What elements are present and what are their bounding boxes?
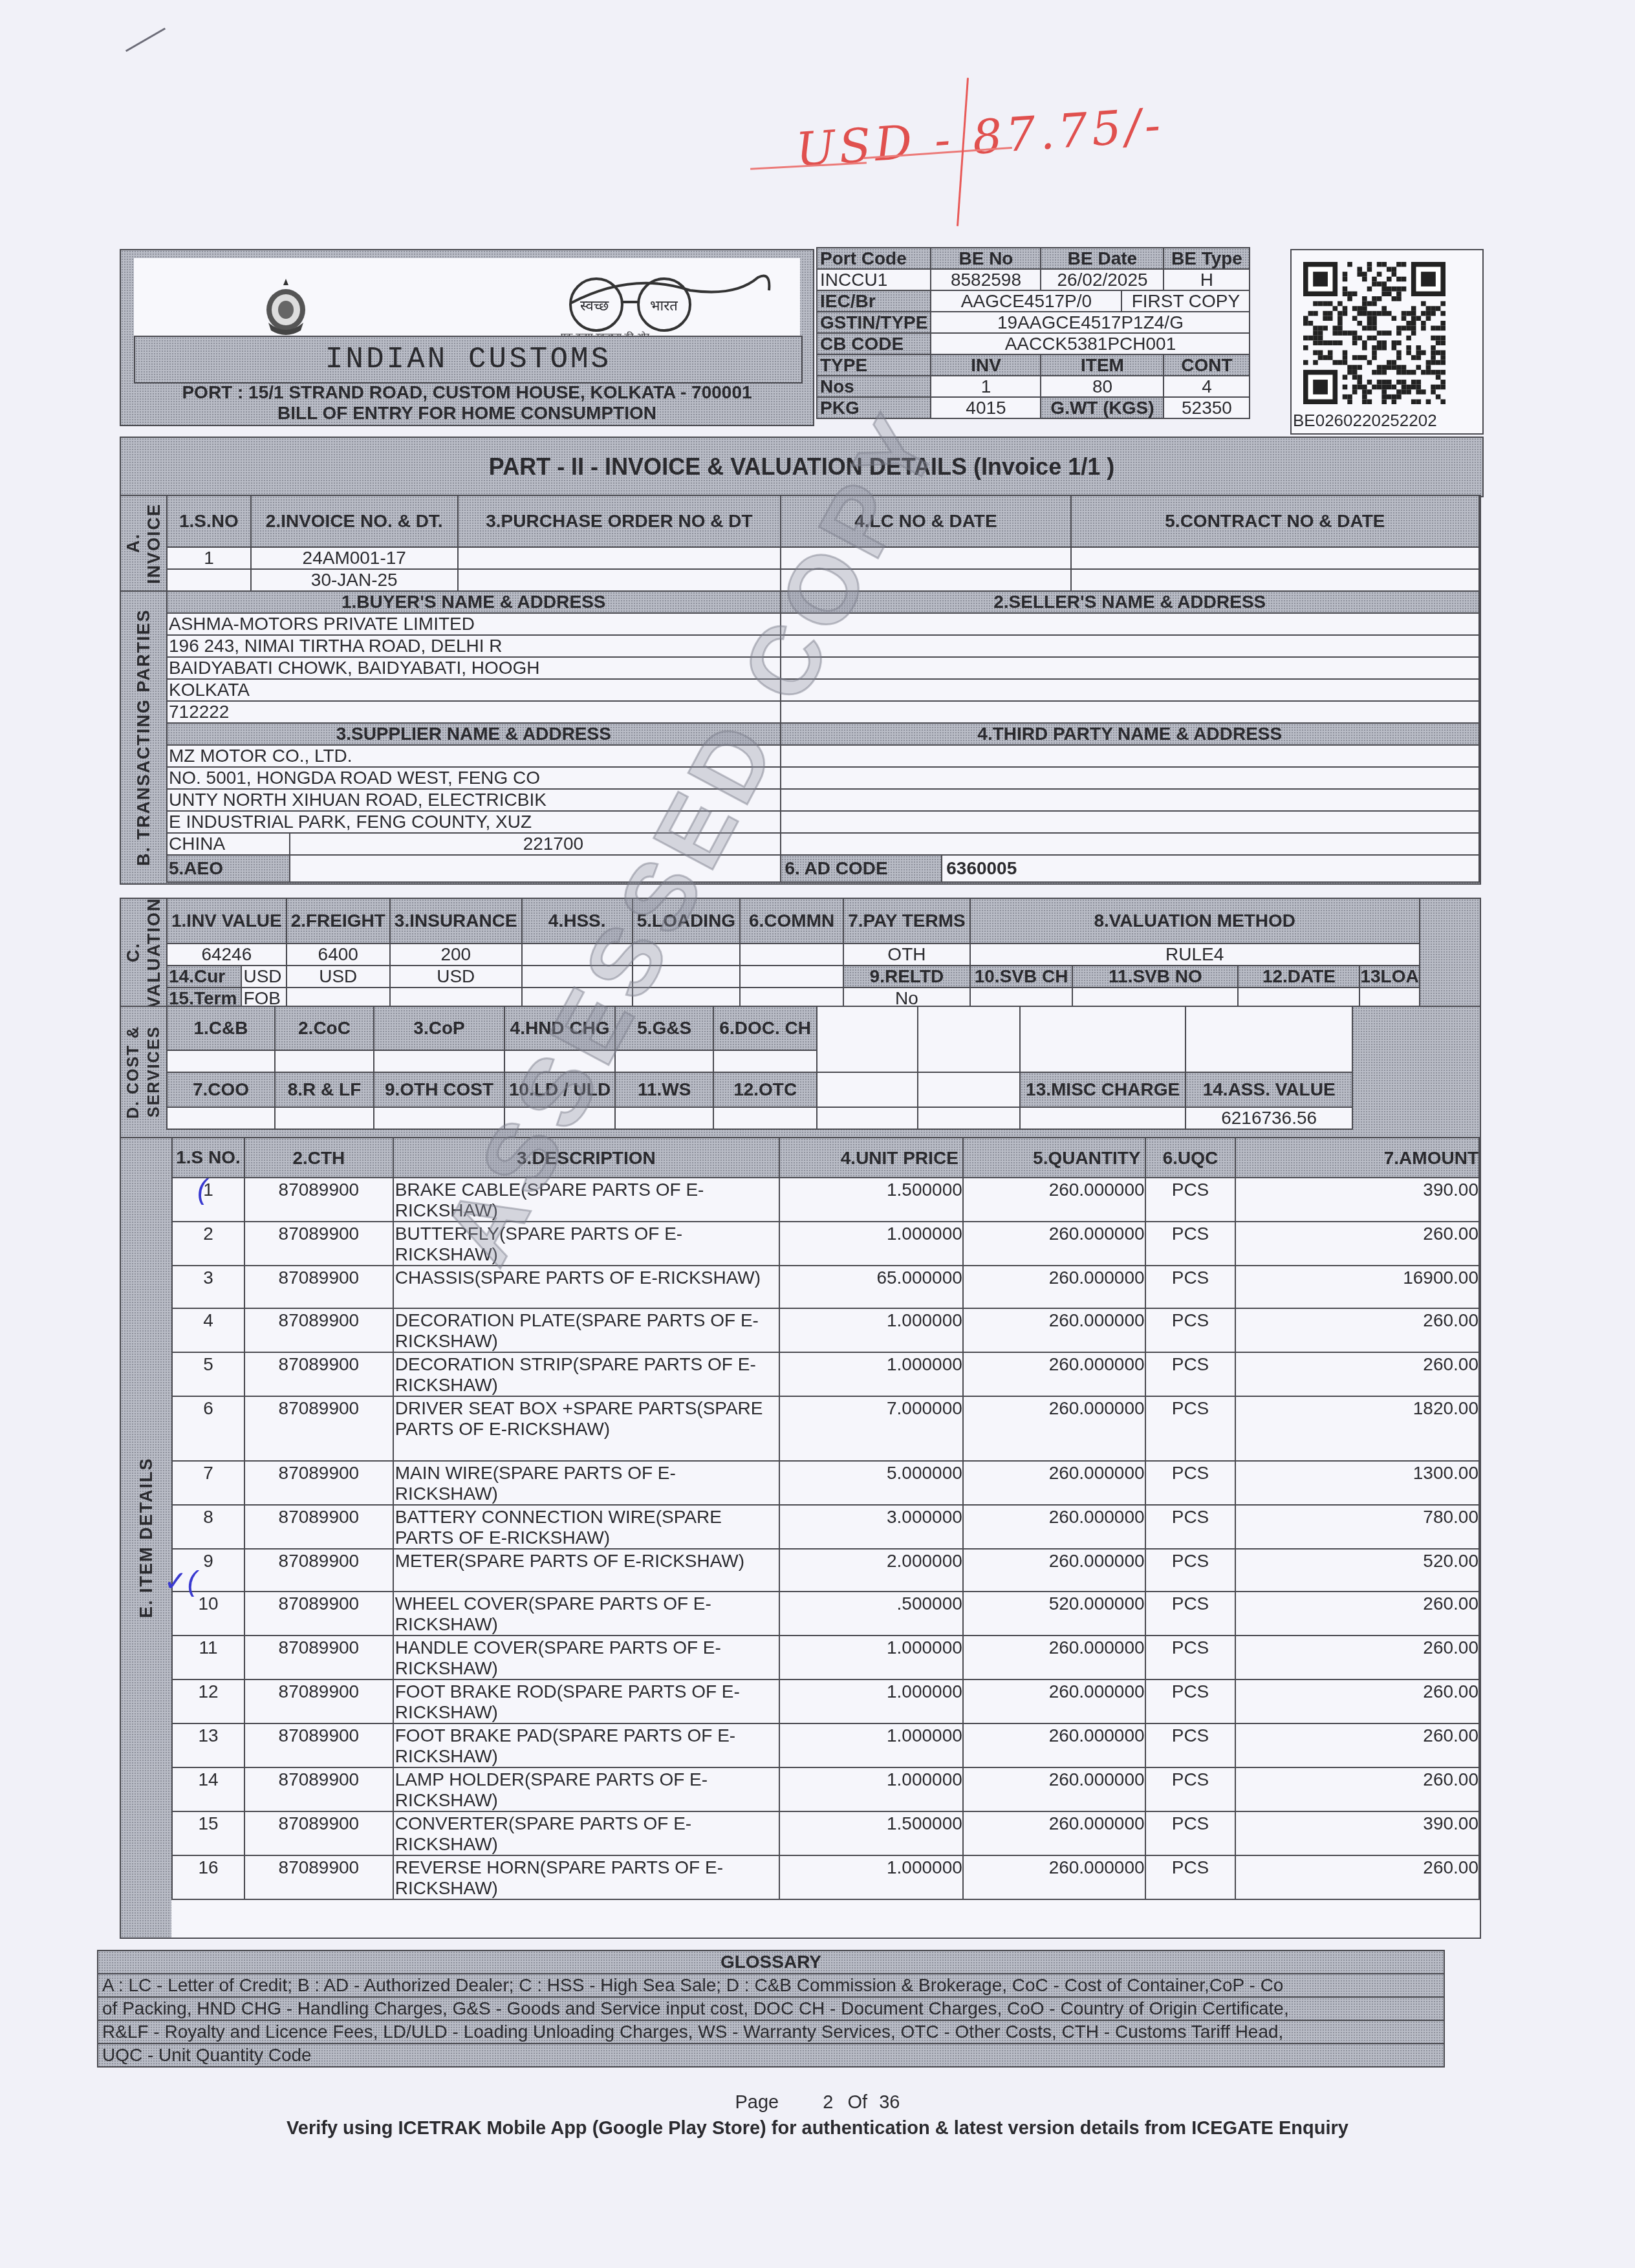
item-uqc: PCS — [1145, 1222, 1236, 1266]
item-description: DRIVER SEAT BOX +SPARE PARTS(SPARE PARTS… — [393, 1396, 779, 1461]
item-amount: 520.00 — [1235, 1549, 1479, 1592]
pkg-value: 4015 — [931, 397, 1041, 418]
item-description: FOOT BRAKE PAD(SPARE PARTS OF E-RICKSHAW… — [393, 1723, 779, 1767]
valuation-method-label: 8.VALUATION METHOD — [970, 898, 1420, 944]
copy-type: FIRST COPY — [1121, 290, 1250, 312]
hss-label: 4.HSS. — [522, 898, 633, 944]
page-of: Of — [848, 2092, 868, 2113]
glossary-line: UQC - Unit Quantity Code — [98, 2044, 1444, 2066]
items-table: 1.S NO. 2.CTH 3.DESCRIPTION 4.UNIT PRICE… — [171, 1137, 1480, 1900]
misc-charge-label: 13.MISC CHARGE — [1020, 1072, 1186, 1107]
insurance-label: 3.INSURANCE — [390, 898, 522, 944]
item-quantity: 260.000000 — [963, 1505, 1145, 1549]
item-amount: 260.00 — [1235, 1723, 1479, 1767]
supplier-line: MZ MOTOR CO., LTD. — [167, 745, 781, 767]
item-description: FOOT BRAKE ROD(SPARE PARTS OF E-RICKSHAW… — [393, 1679, 779, 1723]
item-amount: 260.00 — [1235, 1308, 1479, 1352]
table-row: 387089900CHASSIS(SPARE PARTS OF E-RICKSH… — [172, 1266, 1479, 1308]
coo-label: 7.COO — [167, 1072, 275, 1107]
cb-code-value: AACCK5381PCH001 — [931, 333, 1250, 354]
ass-value-label: 14.ASS. VALUE — [1186, 1072, 1352, 1107]
port-code-value: INCCU1 — [817, 269, 931, 290]
item-uqc: PCS — [1145, 1855, 1236, 1899]
port-code-label: Port Code — [817, 248, 931, 269]
item-description: WHEEL COVER(SPARE PARTS OF E-RICKSHAW) — [393, 1592, 779, 1636]
col-cth: 2.CTH — [244, 1138, 393, 1178]
valuation-section: C. VALUATION 1.INV VALUE 2.FREIGHT 3.INS… — [120, 898, 1481, 1008]
date-label: 12.DATE — [1238, 966, 1359, 988]
be-info-table: Port Code BE No BE Date BE Type INCCU1 8… — [816, 247, 1250, 419]
freight-value: 6400 — [287, 944, 390, 966]
item-unit-price: 1.000000 — [779, 1308, 963, 1352]
item-cth: 87089900 — [244, 1222, 393, 1266]
supplier-line: NO. 5001, HONGDA ROAD WEST, FENG CO — [167, 767, 781, 789]
item-description: DECORATION STRIP(SPARE PARTS OF E-RICKSH… — [393, 1352, 779, 1396]
item-quantity: 260.000000 — [963, 1723, 1145, 1767]
item-cth: 87089900 — [244, 1549, 393, 1592]
item-uqc: PCS — [1145, 1396, 1236, 1461]
page-total: 36 — [879, 2092, 900, 2113]
cb-label: 1.C&B — [167, 1006, 275, 1050]
table-row: 1587089900CONVERTER(SPARE PARTS OF E-RIC… — [172, 1811, 1479, 1855]
col-lc-no: 4.LC NO & DATE — [781, 495, 1071, 547]
iec-value: AAGCE4517P/0 — [931, 290, 1121, 312]
valuation-method-value: RULE4 — [970, 944, 1420, 966]
table-row: 1287089900FOOT BRAKE ROD(SPARE PARTS OF … — [172, 1679, 1479, 1723]
pkg-label: PKG — [817, 397, 931, 418]
item-unit-price: 1.000000 — [779, 1767, 963, 1811]
gs-label: 5.G&S — [615, 1006, 713, 1050]
ws-label: 11.WS — [615, 1072, 713, 1107]
item-cth: 87089900 — [244, 1811, 393, 1855]
glossary-line: A : LC - Letter of Credit; B : AD - Auth… — [98, 1974, 1444, 1998]
item-sno: 10 — [172, 1592, 244, 1636]
cost-services-section: D. COST & SERVICES 1.C&B 2.CoC 3.CoP 4.H… — [120, 1006, 1481, 1138]
nos-cont: 4 — [1164, 376, 1250, 397]
nos-inv: 1 — [931, 376, 1041, 397]
col-sno: 1.S.NO — [167, 495, 251, 547]
item-uqc: PCS — [1145, 1178, 1236, 1222]
item-amount: 1820.00 — [1235, 1396, 1479, 1461]
hnd-chg-label: 4.HND CHG — [504, 1006, 615, 1050]
seller-label: 2.SELLER'S NAME & ADDRESS — [781, 591, 1480, 613]
cb-code-label: CB CODE — [817, 333, 931, 354]
svb-no-label: 11.SVB NO — [1072, 966, 1238, 988]
item-quantity: 260.000000 — [963, 1811, 1145, 1855]
otc-label: 12.OTC — [713, 1072, 817, 1107]
coc-label: 2.CoC — [275, 1006, 374, 1050]
invoice-table: 1.S.NO 2.INVOICE NO. & DT. 3.PURCHASE OR… — [166, 495, 1480, 592]
item-uqc: PCS — [1145, 1461, 1236, 1505]
item-amount: 260.00 — [1235, 1636, 1479, 1679]
cur-label: 14.Cur — [167, 966, 241, 988]
item-uqc: PCS — [1145, 1505, 1236, 1549]
item-sno: 6 — [172, 1396, 244, 1461]
loa-label: 13LOA — [1359, 966, 1419, 988]
item-unit-price: 3.000000 — [779, 1505, 963, 1549]
item-unit-price: 1.500000 — [779, 1178, 963, 1222]
page-indicator: Page 2 Of 36 — [0, 2092, 1635, 2113]
swachh-text: स्वच्छ — [580, 296, 609, 315]
item-cth: 87089900 — [244, 1396, 393, 1461]
parties-table: 1.BUYER'S NAME & ADDRESS 2.SELLER'S NAME… — [166, 590, 1480, 883]
commn-label: 6.COMMN — [740, 898, 843, 944]
ad-code-value: 6360005 — [942, 855, 1479, 882]
item-cth: 87089900 — [244, 1352, 393, 1396]
item-quantity: 520.000000 — [963, 1592, 1145, 1636]
item-sno: 16 — [172, 1855, 244, 1899]
transacting-parties-section: B. TRANSACTING PARTIES 1.BUYER'S NAME & … — [120, 590, 1481, 885]
title-band: INDIAN CUSTOMS — [134, 336, 803, 383]
item-description: METER(SPARE PARTS OF E-RICKSHAW) — [393, 1549, 779, 1592]
item-cth: 87089900 — [244, 1679, 393, 1723]
item-description: BUTTERFLY(SPARE PARTS OF E-RICKSHAW) — [393, 1222, 779, 1266]
doc-ch-label: 6.DOC. CH — [713, 1006, 817, 1050]
table-row: 1487089900LAMP HOLDER(SPARE PARTS OF E-R… — [172, 1767, 1479, 1811]
col-po-no: 3.PURCHASE ORDER NO & DT — [458, 495, 781, 547]
item-description: BRAKE CABLE(SPARE PARTS OF E-RICKSHAW) — [393, 1178, 779, 1222]
table-row: 887089900BATTERY CONNECTION WIRE(SPARE P… — [172, 1505, 1479, 1549]
freight-cur: USD — [287, 966, 390, 988]
col-quantity: 5.QUANTITY — [963, 1138, 1145, 1178]
item-unit-price: 1.000000 — [779, 1679, 963, 1723]
valuation-table: 1.INV VALUE 2.FREIGHT 3.INSURANCE 4.HSS.… — [166, 898, 1420, 1010]
item-uqc: PCS — [1145, 1266, 1236, 1308]
item-unit-price: 1.000000 — [779, 1723, 963, 1767]
item-quantity: 260.000000 — [963, 1767, 1145, 1811]
bharat-text: भारत — [650, 296, 678, 315]
item-cth: 87089900 — [244, 1592, 393, 1636]
pen-tick-mark: ( — [197, 1174, 207, 1206]
customs-header: स्वच्छ भारत एक कदम स्वच्छता की ओर INDIAN… — [120, 249, 814, 426]
pay-terms-label: 7.PAY TERMS — [843, 898, 970, 944]
page-label: Page — [735, 2092, 779, 2113]
buyer-line: 712222 — [167, 701, 781, 723]
item-unit-price: 1.500000 — [779, 1811, 963, 1855]
be-no-label: BE No — [931, 248, 1041, 269]
table-row: 987089900METER(SPARE PARTS OF E-RICKSHAW… — [172, 1549, 1479, 1592]
invoice-sno: 1 — [167, 547, 251, 569]
col-uqc: 6.UQC — [1145, 1138, 1236, 1178]
table-row: 587089900DECORATION STRIP(SPARE PARTS OF… — [172, 1352, 1479, 1396]
item-amount: 260.00 — [1235, 1855, 1479, 1899]
ass-value: 6216736.56 — [1186, 1107, 1352, 1129]
reltd-label: 9.RELTD — [843, 966, 970, 988]
item-uqc: PCS — [1145, 1308, 1236, 1352]
qr-code-icon — [1303, 262, 1446, 404]
item-sno: 11 — [172, 1636, 244, 1679]
item-quantity: 260.000000 — [963, 1636, 1145, 1679]
col-sno: 1.S NO. — [172, 1138, 244, 1178]
section-label-items: E. ITEM DETAILS — [121, 1138, 171, 1938]
col-contract-no: 5.CONTRACT NO & DATE — [1071, 495, 1479, 547]
gstin-label: GSTIN/TYPE — [817, 312, 931, 333]
item-sno: 8 — [172, 1505, 244, 1549]
item-uqc: PCS — [1145, 1636, 1236, 1679]
aeo-label: 5.AEO — [167, 855, 290, 882]
costs-table: 1.C&B 2.CoC 3.CoP 4.HND CHG 5.G&S 6.DOC.… — [166, 1006, 1353, 1130]
cont-label: CONT — [1164, 354, 1250, 376]
section-label-costs: D. COST & SERVICES — [121, 1007, 166, 1137]
svb-ch-label: 10.SVB CH — [970, 966, 1073, 988]
item-unit-price: 1.000000 — [779, 1855, 963, 1899]
be-date-label: BE Date — [1041, 248, 1164, 269]
item-quantity: 260.000000 — [963, 1396, 1145, 1461]
item-sno: 5 — [172, 1352, 244, 1396]
section-label-valuation: C. VALUATION — [121, 899, 166, 1006]
ad-code-label: 6. AD CODE — [781, 855, 942, 882]
verify-note: Verify using ICETRAK Mobile App (Google … — [0, 2118, 1635, 2139]
item-sno: 1 — [172, 1178, 244, 1222]
item-amount: 1300.00 — [1235, 1461, 1479, 1505]
table-row: 1087089900WHEEL COVER(SPARE PARTS OF E-R… — [172, 1592, 1479, 1636]
item-quantity: 260.000000 — [963, 1352, 1145, 1396]
col-invoice-no: 2.INVOICE NO. & DT. — [251, 495, 458, 547]
item-description: HANDLE COVER(SPARE PARTS OF E-RICKSHAW) — [393, 1636, 779, 1679]
item-cth: 87089900 — [244, 1636, 393, 1679]
inv-value: 64246 — [167, 944, 287, 966]
item-amount: 16900.00 — [1235, 1266, 1479, 1308]
items-body: 187089900BRAKE CABLE(SPARE PARTS OF E-RI… — [172, 1178, 1479, 1899]
be-type-value: H — [1164, 269, 1250, 290]
section-label-invoice: A. INVOICE — [121, 496, 166, 590]
item-uqc: PCS — [1145, 1679, 1236, 1723]
item-label: ITEM — [1041, 354, 1164, 376]
item-quantity: 260.000000 — [963, 1178, 1145, 1222]
item-cth: 87089900 — [244, 1505, 393, 1549]
pen-tick-mark: ✓( — [164, 1565, 197, 1598]
item-quantity: 260.000000 — [963, 1461, 1145, 1505]
insurance-cur: USD — [390, 966, 522, 988]
pen-mark — [125, 28, 166, 52]
be-type-label: BE Type — [1164, 248, 1250, 269]
item-amount: 260.00 — [1235, 1679, 1479, 1723]
invoice-date: 30-JAN-25 — [251, 569, 458, 591]
item-amount: 390.00 — [1235, 1811, 1479, 1855]
item-amount: 780.00 — [1235, 1505, 1479, 1549]
item-uqc: PCS — [1145, 1352, 1236, 1396]
table-row: 487089900DECORATION PLATE(SPARE PARTS OF… — [172, 1308, 1479, 1352]
logo-area: स्वच्छ भारत एक कदम स्वच्छता की ओर — [134, 258, 800, 336]
insurance-value: 200 — [390, 944, 522, 966]
type-label: TYPE — [817, 354, 931, 376]
item-sno: 2 — [172, 1222, 244, 1266]
item-unit-price: 1.000000 — [779, 1352, 963, 1396]
document-type: BILL OF ENTRY FOR HOME CONSUMPTION — [121, 403, 813, 424]
supplier-country: CHINA — [167, 833, 290, 855]
table-row: 187089900BRAKE CABLE(SPARE PARTS OF E-RI… — [172, 1178, 1479, 1222]
item-uqc: PCS — [1145, 1811, 1236, 1855]
port-address: PORT : 15/1 STRAND ROAD, CUSTOM HOUSE, K… — [121, 382, 813, 403]
item-cth: 87089900 — [244, 1461, 393, 1505]
item-amount: 390.00 — [1235, 1178, 1479, 1222]
section-label-parties: B. TRANSACTING PARTIES — [121, 592, 166, 883]
item-sno: 13 — [172, 1723, 244, 1767]
item-cth: 87089900 — [244, 1855, 393, 1899]
customs-emblem-icon — [263, 277, 309, 336]
page-current: 2 — [823, 2092, 833, 2113]
glossary: GLOSSARY A : LC - Letter of Credit; B : … — [97, 1950, 1445, 2068]
item-quantity: 260.000000 — [963, 1549, 1145, 1592]
item-unit-price: 1.000000 — [779, 1222, 963, 1266]
item-sno: 3 — [172, 1266, 244, 1308]
buyer-line: ASHMA-MOTORS PRIVATE LIMITED — [167, 613, 781, 635]
item-quantity: 260.000000 — [963, 1855, 1145, 1899]
item-description: MAIN WIRE(SPARE PARTS OF E-RICKSHAW) — [393, 1461, 779, 1505]
item-cth: 87089900 — [244, 1308, 393, 1352]
item-description: DECORATION PLATE(SPARE PARTS OF E-RICKSH… — [393, 1308, 779, 1352]
col-unit-price: 4.UNIT PRICE — [779, 1138, 963, 1178]
buyer-line: 196 243, NIMAI TIRTHA ROAD, DELHI R — [167, 635, 781, 657]
col-description: 3.DESCRIPTION — [393, 1138, 779, 1178]
nos-item: 80 — [1041, 376, 1164, 397]
item-uqc: PCS — [1145, 1592, 1236, 1636]
supplier-line: UNTY NORTH XIHUAN ROAD, ELECTRICBIK — [167, 789, 781, 811]
qr-caption: BE0260220252202 — [1293, 411, 1437, 431]
table-row: 1687089900REVERSE HORN(SPARE PARTS OF E-… — [172, 1855, 1479, 1899]
iec-label: IEC/Br — [817, 290, 931, 312]
item-sno: 14 — [172, 1767, 244, 1811]
item-quantity: 260.000000 — [963, 1308, 1145, 1352]
part-title: PART - II - INVOICE & VALUATION DETAILS … — [120, 437, 1484, 497]
item-sno: 4 — [172, 1308, 244, 1352]
glossary-line: of Packing, HND CHG - Handling Charges, … — [98, 1998, 1444, 2021]
item-amount: 260.00 — [1235, 1352, 1479, 1396]
ld-uld-label: 10.LD / ULD — [504, 1072, 615, 1107]
col-amount: 7.AMOUNT — [1235, 1138, 1479, 1178]
gwt-label: G.WT (KGS) — [1041, 397, 1164, 418]
item-cth: 87089900 — [244, 1723, 393, 1767]
item-unit-price: .500000 — [779, 1592, 963, 1636]
supplier-pin: 221700 — [290, 833, 781, 855]
item-description: BATTERY CONNECTION WIRE(SPARE PARTS OF E… — [393, 1505, 779, 1549]
table-row: 1187089900HANDLE COVER(SPARE PARTS OF E-… — [172, 1636, 1479, 1679]
swachh-bharat-logo: स्वच्छ भारत एक कदम स्वच्छता की ओर — [535, 271, 781, 336]
item-description: LAMP HOLDER(SPARE PARTS OF E-RICKSHAW) — [393, 1767, 779, 1811]
item-cth: 87089900 — [244, 1767, 393, 1811]
gwt-value: 52350 — [1164, 397, 1250, 418]
buyer-line: BAIDYABATI CHOWK, BAIDYABATI, HOOGH — [167, 657, 781, 679]
item-description: REVERSE HORN(SPARE PARTS OF E-RICKSHAW) — [393, 1855, 779, 1899]
pay-terms-value: OTH — [843, 944, 970, 966]
item-unit-price: 2.000000 — [779, 1549, 963, 1592]
freight-label: 2.FREIGHT — [287, 898, 390, 944]
inv-label: INV — [931, 354, 1041, 376]
glossary-line: R&LF - Royalty and Licence Fees, LD/ULD … — [98, 2021, 1444, 2044]
gstin-value: 19AAGCE4517P1Z4/G — [931, 312, 1250, 333]
item-uqc: PCS — [1145, 1549, 1236, 1592]
item-unit-price: 7.000000 — [779, 1396, 963, 1461]
item-sno: 7 — [172, 1461, 244, 1505]
item-amount: 260.00 — [1235, 1222, 1479, 1266]
item-sno: 15 — [172, 1811, 244, 1855]
item-quantity: 260.000000 — [963, 1222, 1145, 1266]
be-date-value: 26/02/2025 — [1041, 269, 1164, 290]
item-uqc: PCS — [1145, 1767, 1236, 1811]
buyer-line: KOLKATA — [167, 679, 781, 701]
nos-label: Nos — [817, 376, 931, 397]
oth-cost-label: 9.OTH COST — [374, 1072, 504, 1107]
handwritten-exchange-rate-note: USD - 87.75/- — [794, 97, 1166, 177]
loading-label: 5.LOADING — [633, 898, 740, 944]
be-no-value: 8582598 — [931, 269, 1041, 290]
invoice-section: A. INVOICE 1.S.NO 2.INVOICE NO. & DT. 3.… — [120, 495, 1481, 592]
table-row: 287089900BUTTERFLY(SPARE PARTS OF E-RICK… — [172, 1222, 1479, 1266]
item-unit-price: 5.000000 — [779, 1461, 963, 1505]
item-sno: 12 — [172, 1679, 244, 1723]
qr-box: BE0260220252202 — [1290, 249, 1484, 435]
rlf-label: 8.R & LF — [275, 1072, 374, 1107]
third-party-label: 4.THIRD PARTY NAME & ADDRESS — [781, 723, 1480, 745]
item-uqc: PCS — [1145, 1723, 1236, 1767]
table-row: 1387089900FOOT BRAKE PAD(SPARE PARTS OF … — [172, 1723, 1479, 1767]
page-title: INDIAN CUSTOMS — [135, 337, 801, 382]
item-details-section: E. ITEM DETAILS 1.S NO. 2.CTH 3.DESCRIPT… — [120, 1137, 1481, 1939]
item-amount: 260.00 — [1235, 1767, 1479, 1811]
table-row: 687089900DRIVER SEAT BOX +SPARE PARTS(SP… — [172, 1396, 1479, 1461]
supplier-label: 3.SUPPLIER NAME & ADDRESS — [167, 723, 781, 745]
item-description: CONVERTER(SPARE PARTS OF E-RICKSHAW) — [393, 1811, 779, 1855]
item-unit-price: 1.000000 — [779, 1636, 963, 1679]
item-cth: 87089900 — [244, 1178, 393, 1222]
table-row: 787089900MAIN WIRE(SPARE PARTS OF E-RICK… — [172, 1461, 1479, 1505]
item-cth: 87089900 — [244, 1266, 393, 1308]
item-description: CHASSIS(SPARE PARTS OF E-RICKSHAW) — [393, 1266, 779, 1308]
inv-value-label: 1.INV VALUE — [167, 898, 287, 944]
invoice-no: 24AM001-17 — [251, 547, 458, 569]
item-quantity: 260.000000 — [963, 1266, 1145, 1308]
item-amount: 260.00 — [1235, 1592, 1479, 1636]
item-quantity: 260.000000 — [963, 1679, 1145, 1723]
cur-value: USD — [241, 966, 286, 988]
glossary-title: GLOSSARY — [98, 1951, 1444, 1974]
item-unit-price: 65.000000 — [779, 1266, 963, 1308]
supplier-line: E INDUSTRIAL PARK, FENG COUNTY, XUZ — [167, 811, 781, 833]
buyer-label: 1.BUYER'S NAME & ADDRESS — [167, 591, 781, 613]
cop-label: 3.CoP — [374, 1006, 504, 1050]
